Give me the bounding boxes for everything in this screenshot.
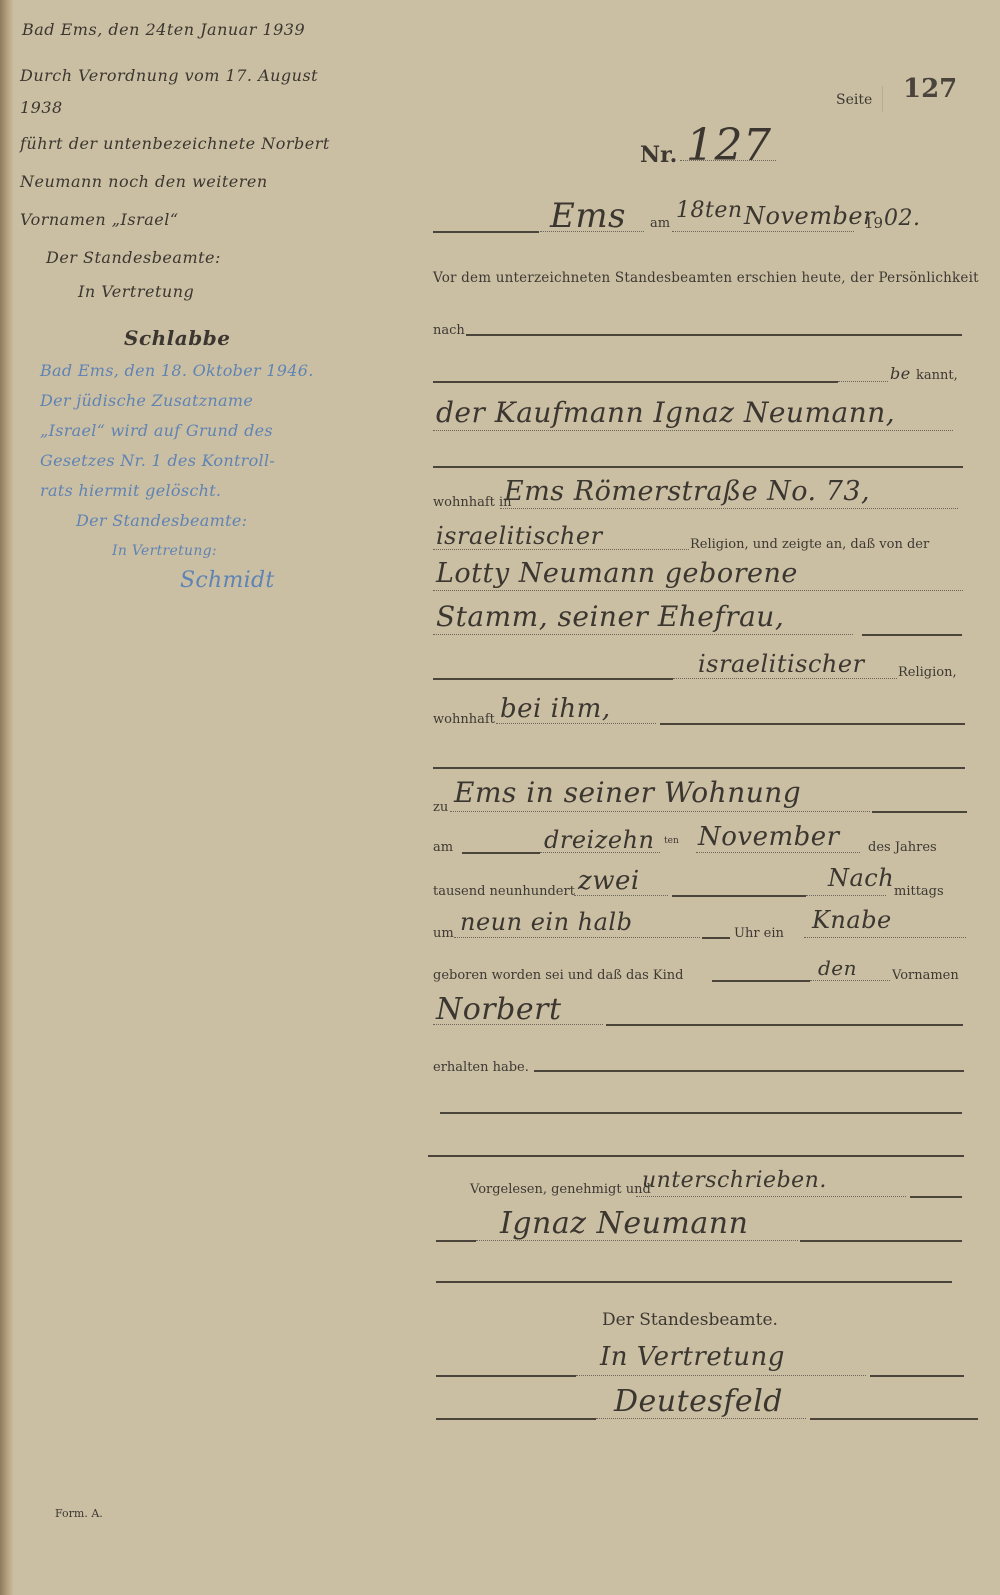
rule bbox=[838, 381, 888, 382]
signed-word: unterschrieben. bbox=[642, 1168, 827, 1193]
rule bbox=[872, 811, 967, 813]
den-hand: den bbox=[818, 956, 857, 980]
signature-schmidt: Schmidt bbox=[180, 566, 380, 596]
mother-line-1: Lotty Neumann geborene bbox=[436, 558, 798, 589]
rule bbox=[804, 937, 966, 938]
rule bbox=[436, 1240, 476, 1242]
rule bbox=[810, 980, 890, 981]
rule bbox=[436, 1418, 596, 1420]
birth-month: November bbox=[698, 822, 840, 852]
vorgelesen-label: Vorgelesen, genehmigt und bbox=[470, 1182, 651, 1197]
note-line: In Vertretung: bbox=[112, 536, 380, 566]
registration-day: 18ten bbox=[676, 198, 743, 223]
rule bbox=[636, 1196, 906, 1197]
mother-line-2: Stamm, seiner Ehefrau, bbox=[436, 600, 784, 633]
note-line: Gesetzes Nr. 1 des Kontroll- bbox=[40, 446, 380, 476]
rule bbox=[696, 852, 860, 853]
rule bbox=[433, 430, 953, 431]
half-day: Nach bbox=[828, 864, 894, 892]
registrar-proxy: In Vertretung bbox=[600, 1342, 785, 1372]
am-label-2: am bbox=[433, 840, 453, 855]
note-line: Durch Verordnung vom 17. August 1938 bbox=[20, 60, 360, 124]
child-sex: Knabe bbox=[812, 906, 892, 934]
registration-place: Ems bbox=[550, 196, 626, 236]
informant-signature: Ignaz Neumann bbox=[500, 1206, 748, 1241]
des-jahres-label: des Jahres bbox=[868, 840, 937, 855]
rule bbox=[606, 1024, 963, 1026]
rule bbox=[800, 1240, 962, 1242]
note-line: Der jüdische Zusatzname bbox=[40, 386, 380, 416]
mother-residence: bei ihm, bbox=[500, 694, 611, 724]
um-label: um bbox=[433, 926, 454, 941]
registrar-title: Der Standesbeamte. bbox=[602, 1310, 778, 1330]
signature-schlabbe: Schlabbe bbox=[124, 322, 360, 354]
tausend-label: tausend neunhundert bbox=[433, 884, 575, 899]
year-suffix: 02. bbox=[884, 206, 921, 231]
note-line: Bad Ems, den 24ten Januar 1939 bbox=[22, 14, 360, 46]
rule bbox=[450, 811, 870, 812]
note-line: In Vertretung bbox=[78, 276, 360, 308]
mittags-label: mittags bbox=[894, 884, 944, 899]
vornamen-label: Vornamen bbox=[892, 968, 959, 983]
margin-note-1946: Bad Ems, den 18. Oktober 1946. Der jüdis… bbox=[40, 356, 380, 596]
page-label: Seite bbox=[836, 92, 872, 108]
rule bbox=[462, 852, 540, 854]
rule bbox=[433, 678, 673, 680]
rule bbox=[673, 678, 897, 679]
rule bbox=[436, 1375, 576, 1377]
mother-religion: israelitischer bbox=[698, 650, 865, 678]
page-divider bbox=[882, 86, 883, 112]
geboren-label: geboren worden sei und daß das Kind bbox=[433, 968, 683, 983]
birth-place: Ems in seiner Wohnung bbox=[454, 776, 801, 809]
religion-label-2: Religion, bbox=[898, 665, 957, 680]
rule bbox=[436, 1281, 952, 1283]
informant-religion: israelitischer bbox=[436, 522, 603, 550]
rule bbox=[428, 1155, 964, 1157]
birth-year-word: zwei bbox=[578, 866, 640, 896]
informant-residence: Ems Römerstraße No. 73, bbox=[504, 476, 870, 507]
rule bbox=[500, 508, 958, 509]
birth-day: dreizehn bbox=[544, 826, 654, 854]
bekannt-label: kannt, bbox=[916, 368, 958, 383]
page-number: 127 bbox=[903, 74, 957, 104]
rule bbox=[454, 937, 700, 938]
entry-number: 127 bbox=[686, 120, 771, 171]
rule bbox=[870, 1375, 964, 1377]
rule bbox=[433, 634, 853, 635]
rule bbox=[466, 334, 962, 336]
rule bbox=[576, 1375, 866, 1376]
wohnhaft-label-2: wohnhaft bbox=[433, 712, 495, 727]
note-line: führt der untenbezeichnete Norbert bbox=[20, 128, 360, 160]
birth-time: neun ein halb bbox=[460, 908, 632, 936]
registrar-signature: Deutesfeld bbox=[614, 1384, 783, 1419]
rule bbox=[433, 590, 963, 591]
registration-month: November bbox=[744, 202, 875, 230]
rule bbox=[433, 466, 963, 468]
binding-edge bbox=[0, 0, 14, 1595]
note-line: rats hiermit gelöscht. bbox=[40, 476, 380, 506]
note-line: Bad Ems, den 18. Oktober 1946. bbox=[40, 356, 380, 386]
rule bbox=[660, 723, 965, 725]
intro-text: Vor dem unterzeichneten Standesbeamten e… bbox=[433, 270, 979, 286]
ten-suffix: ten bbox=[664, 836, 679, 846]
note-line: „Israel“ wird auf Grund des bbox=[40, 416, 380, 446]
rule bbox=[702, 937, 730, 939]
nach-label: nach bbox=[433, 323, 465, 338]
rule bbox=[862, 634, 962, 636]
informant-name: der Kaufmann Ignaz Neumann, bbox=[436, 396, 895, 429]
uhr-label: Uhr ein bbox=[734, 926, 784, 941]
rule bbox=[672, 231, 854, 232]
bekannt-hand: be bbox=[890, 364, 911, 383]
rule bbox=[433, 231, 539, 233]
note-line: Vornamen „Israel“ bbox=[20, 204, 360, 236]
rule bbox=[433, 381, 838, 383]
erhalten-label: erhalten habe. bbox=[433, 1060, 529, 1075]
form-label: Form. A. bbox=[55, 1507, 103, 1520]
rule bbox=[712, 980, 810, 982]
rule bbox=[440, 1112, 962, 1114]
zu-label: zu bbox=[433, 800, 448, 815]
religion-label: Religion, und zeigte an, daß von der bbox=[690, 537, 929, 552]
note-line: Der Standesbeamte: bbox=[46, 242, 360, 274]
year-prefix: 19 bbox=[864, 214, 883, 232]
rule bbox=[910, 1196, 962, 1198]
rule bbox=[433, 767, 965, 769]
rule bbox=[806, 895, 886, 896]
rule bbox=[810, 1418, 978, 1420]
margin-note-1939: Bad Ems, den 24ten Januar 1939 Durch Ver… bbox=[20, 14, 360, 354]
child-name: Norbert bbox=[436, 992, 562, 1027]
entry-label: Nr. bbox=[640, 142, 677, 168]
note-line: Neumann noch den weiteren bbox=[20, 166, 360, 198]
am-label: am bbox=[650, 216, 670, 231]
register-page: Bad Ems, den 24ten Januar 1939 Durch Ver… bbox=[0, 0, 1000, 1595]
rule bbox=[534, 1070, 964, 1072]
note-line: Der Standesbeamte: bbox=[76, 506, 380, 536]
rule bbox=[672, 895, 806, 897]
